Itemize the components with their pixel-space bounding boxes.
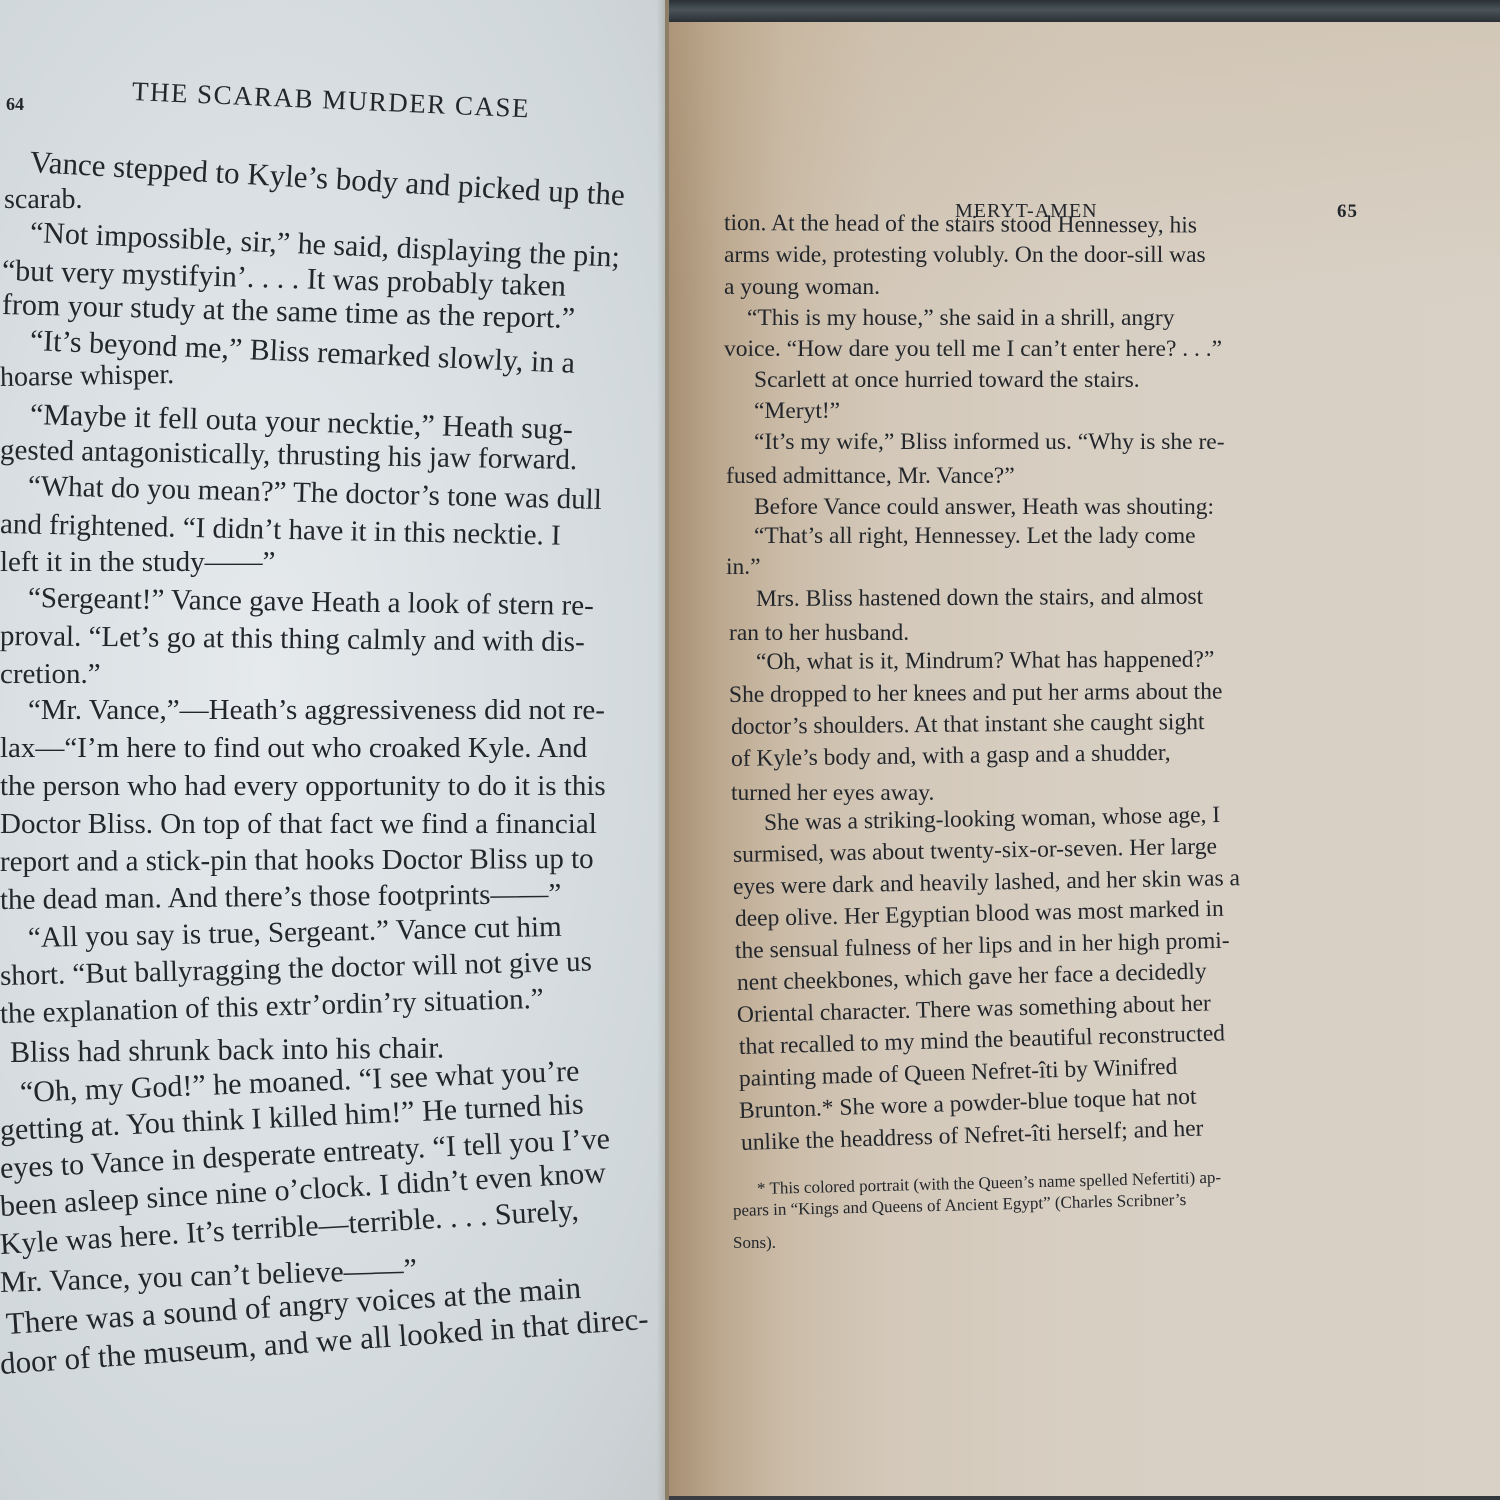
- wood-surface-bottom: [1280, 1496, 1500, 1500]
- right-page: MERYT-AMEN 65 tion. At the head of the s…: [669, 22, 1500, 1496]
- text-line: “All you say is true, Sergeant.” Vance c…: [28, 913, 562, 953]
- text-line: the sensual fulness of her lips and in h…: [735, 930, 1230, 964]
- text-line: “That’s all right, Hennessey. Let the la…: [754, 525, 1196, 549]
- text-line: cretion.”: [0, 660, 101, 689]
- text-line: ran to her husband.: [729, 622, 909, 646]
- text-line: arms wide, protesting volubly. On the do…: [724, 244, 1206, 268]
- open-book-photo: 64 THE SCARAB MURDER CASE Vance stepped …: [0, 0, 1500, 1500]
- text-line: deep olive. Her Egyptian blood was most …: [735, 898, 1224, 932]
- text-line: “Meryt!”: [754, 400, 840, 424]
- text-line: and frightened. “I didn’t have it in thi…: [0, 510, 561, 551]
- text-line: Mrs. Bliss hastened down the stairs, and…: [756, 586, 1203, 612]
- text-line: “It’s my wife,” Bliss informed us. “Why …: [754, 431, 1225, 455]
- text-line: of Kyle’s body and, with a gasp and a sh…: [731, 742, 1171, 772]
- text-line: lax—“I’m here to find out who croaked Ky…: [0, 734, 587, 763]
- text-line: fused admittance, Mr. Vance?”: [726, 465, 1015, 489]
- running-head-left: THE SCARAB MURDER CASE: [131, 76, 530, 124]
- text-line: scarab.: [4, 186, 83, 214]
- text-line: doctor’s shoulders. At that instant she …: [731, 711, 1205, 739]
- text-line: “What do you mean?” The doctor’s tone wa…: [28, 472, 602, 515]
- text-line: the person who had every opportunity to …: [0, 772, 606, 801]
- text-line: unlike the headdress of Nefret-îti herse…: [741, 1117, 1204, 1155]
- text-line: eyes were dark and heavily lashed, and h…: [733, 867, 1240, 899]
- text-line: hoarse whisper.: [0, 361, 174, 392]
- text-line: nent cheekbones, which gave her face a d…: [737, 961, 1207, 996]
- text-line: “Oh, what is it, Mindrum? What has happe…: [756, 649, 1214, 675]
- footnote-line: Sons).: [733, 1234, 776, 1251]
- text-line: proval. “Let’s go at this thing calmly a…: [0, 622, 585, 657]
- text-line: Doctor Bliss. On top of that fact we fin…: [0, 810, 597, 839]
- text-line: the explanation of this extr’ordin’ry si…: [0, 985, 544, 1029]
- text-line: “Sergeant!” Vance gave Heath a look of s…: [28, 584, 594, 621]
- text-line: gested antagonistically, thrusting his j…: [0, 436, 577, 475]
- text-line: surmised, was about twenty-six-or-seven.…: [733, 836, 1217, 868]
- text-line: Before Vance could answer, Heath was sho…: [754, 496, 1214, 520]
- page-number-right: 65: [1337, 201, 1358, 223]
- text-line: a young woman.: [724, 276, 880, 300]
- text-line: report and a stick-pin that hooks Doctor…: [0, 845, 594, 877]
- text-line: Scarlett at once hurried toward the stai…: [754, 369, 1140, 393]
- text-line: She dropped to her knees and put her arm…: [729, 681, 1223, 708]
- wood-surface-top: [667, 0, 1500, 22]
- page-number-left: 64: [6, 94, 24, 115]
- text-line: “Mr. Vance,”—Heath’s aggressiveness did …: [28, 696, 605, 725]
- left-page: 64 THE SCARAB MURDER CASE Vance stepped …: [0, 0, 667, 1500]
- text-line: voice. “How dare you tell me I can’t ent…: [724, 338, 1222, 362]
- text-line: turned her eyes away.: [731, 782, 934, 806]
- text-line: Vance stepped to Kyle’s body and picked …: [29, 146, 626, 210]
- text-line: left it in the study——”: [0, 548, 275, 577]
- text-line: “This is my house,” she said in a shrill…: [747, 307, 1175, 331]
- text-line: She was a striking-looking woman, whose …: [764, 804, 1221, 835]
- text-line: in.”: [726, 556, 761, 580]
- text-line: tion. At the head of the stairs stood He…: [724, 212, 1197, 238]
- text-line: the dead man. And there’s those footprin…: [0, 880, 561, 915]
